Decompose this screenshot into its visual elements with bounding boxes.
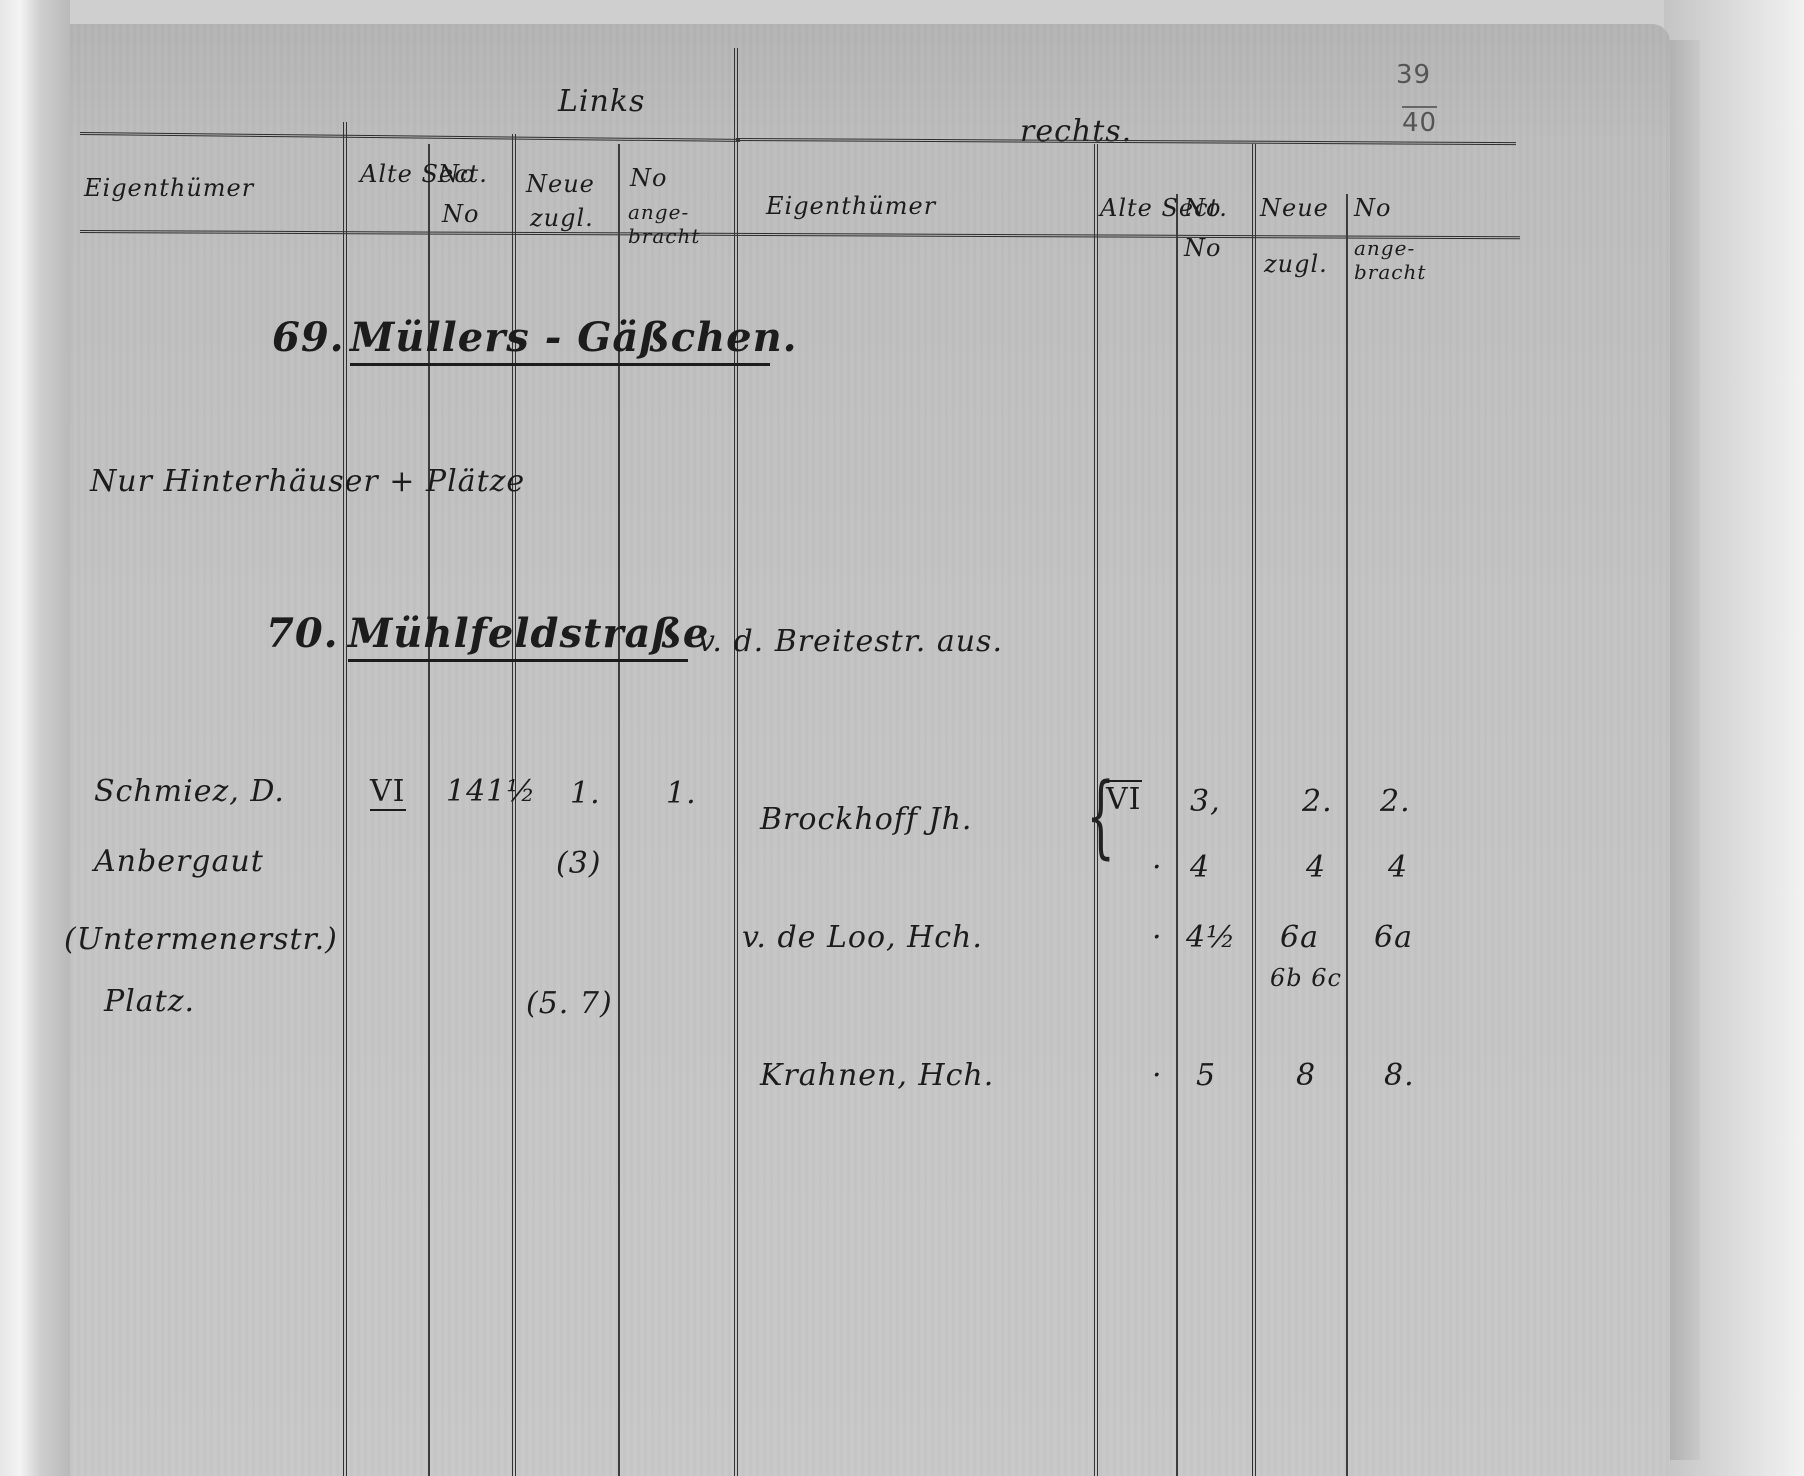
left-row-4-new: (5. 7) [526, 986, 613, 1021]
right-row-2-old-no: 4 [1190, 850, 1210, 885]
col-divider-attached-right [1346, 194, 1348, 1476]
right-row-3-new: 6a [1280, 920, 1319, 955]
col-divider-new-right [1252, 144, 1256, 1476]
header-attached-no-left: No [630, 164, 667, 192]
right-row-4-old-no: 5 [1196, 1058, 1216, 1093]
right-row-1-old-no: 3, [1190, 784, 1221, 819]
header-new-top-right: Neue [1260, 194, 1329, 222]
section-70-street: Mühlfeldstraße [348, 610, 688, 662]
right-row-4-old-sect: · [1152, 1058, 1163, 1093]
right-row-1-attached: 2. [1380, 784, 1411, 819]
right-row-4-new: 8 [1296, 1058, 1316, 1093]
header-attached-left: ange-bracht [628, 200, 728, 248]
section-70-number: 70. [266, 610, 339, 657]
left-side-label: Links [558, 84, 645, 119]
header-attached-right: ange-bracht [1354, 236, 1454, 284]
right-row-3-new-extra: 6b 6c [1270, 964, 1342, 992]
right-row-3-old-no: 4½ [1186, 920, 1236, 955]
left-row-1-new: 1. [570, 776, 601, 811]
page-number: 39 [1396, 60, 1431, 90]
col-divider-center [734, 48, 738, 1476]
section-69-number: 69. [272, 314, 345, 361]
right-row-4-attached: 8. [1384, 1058, 1415, 1093]
left-row-3-owner: (Untermenerstr.) [64, 922, 338, 957]
header-new-left: zugl. [530, 204, 594, 232]
right-row-2-attached: 4 [1388, 850, 1408, 885]
header-old-no-left: No [442, 200, 479, 228]
left-row-2-owner: Anbergaut [94, 844, 264, 879]
right-row-2-old-sect: · [1152, 850, 1163, 885]
right-row-1-new: 2. [1302, 784, 1333, 819]
left-row-4-owner: Platz. [104, 984, 195, 1019]
header-owner-right: Eigenthümer [766, 192, 936, 220]
col-divider-oldno-right [1176, 194, 1178, 1476]
header-attached-no-right: No [1354, 194, 1391, 222]
header-bottom-rule [80, 230, 1520, 242]
right-row-2-new: 4 [1306, 850, 1326, 885]
scanner-frame-left [0, 0, 70, 1476]
left-row-1-old-no: 141½ [446, 774, 536, 809]
section-70-suffix: v. d. Breitestr. aus. [698, 624, 1003, 659]
left-row-2-new: (3) [556, 846, 602, 881]
right-row-1-old-sect: VI [1106, 780, 1142, 817]
header-old-no-top-left: No [438, 160, 475, 188]
header-new-right: zugl. [1264, 250, 1328, 278]
header-top-rule-left [80, 132, 740, 145]
section-69-note: Nur Hinterhäuser + Plätze [90, 464, 525, 499]
ledger-page: 39 40 Links rechts. Eigenthümer Alte Sec… [70, 24, 1670, 1476]
right-row-1-owner: Brockhoff Jh. [760, 802, 972, 837]
right-row-3-attached: 6a [1374, 920, 1413, 955]
left-row-1-attached: 1. [666, 776, 697, 811]
left-row-1-old-sect: VI [370, 774, 406, 811]
page-number-alt: 40 [1402, 106, 1437, 138]
right-row-3-old-sect: · [1152, 920, 1163, 955]
right-row-3-owner: v. de Loo, Hch. [742, 920, 983, 955]
left-row-1-owner: Schmiez, D. [94, 774, 285, 809]
header-old-no-top-right: No [1184, 194, 1221, 222]
header-new-top-left: Neue [526, 170, 595, 198]
header-old-no-right: No [1184, 234, 1221, 262]
right-row-4-owner: Krahnen, Hch. [760, 1058, 994, 1093]
section-69-street: Müllers - Gäßchen. [350, 314, 770, 366]
header-owner-left: Eigenthümer [84, 174, 254, 202]
